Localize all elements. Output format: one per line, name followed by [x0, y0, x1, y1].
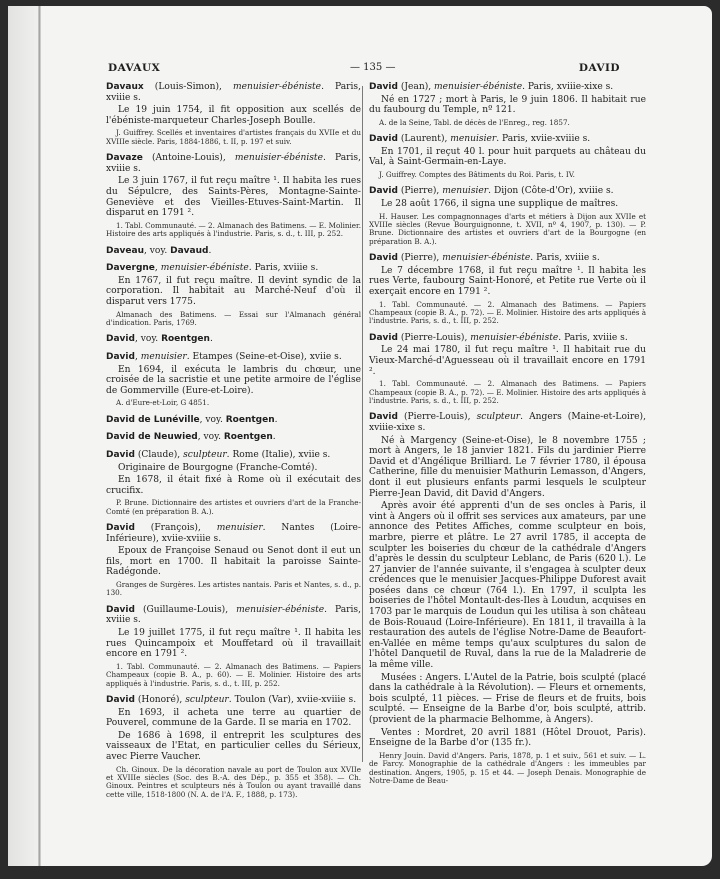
entry-qualifier: (Claude),: [135, 450, 183, 460]
entry-paragraph: Le 19 juin 1754, il fit opposition aux s…: [106, 105, 361, 126]
entry-paragraph: Né en 1727 ; mort à Paris, le 9 juin 180…: [369, 95, 646, 116]
dictionary-entry: David (Laurent), menuisier. Paris, xviie…: [369, 134, 646, 179]
cross-reference: Roentgen: [224, 432, 273, 442]
entry-name: David: [106, 334, 135, 344]
entry-heading: Daveau, voy. Davaud.: [106, 246, 361, 257]
entry-name: David: [369, 333, 398, 343]
entry-occupation: menuisier-ébéniste: [434, 82, 522, 92]
entry-qualifier: (Honoré),: [135, 695, 185, 705]
entry-place-century: .: [273, 432, 276, 442]
running-head: DAVAUX — 135 — DAVID: [108, 62, 620, 78]
scanned-page: DAVAUX — 135 — DAVID Davaux (Louis-Simon…: [8, 6, 712, 866]
entry-heading: David (Pierre), menuisier. Dijon (Côte-d…: [369, 186, 646, 197]
entry-source-note: P. Brune. Dictionnaire des artistes et o…: [106, 499, 361, 516]
entry-qualifier: (Guillaume-Louis),: [135, 605, 236, 615]
entry-paragraph: En 1693, il acheta une terre au quartier…: [106, 708, 361, 729]
entry-name: David: [369, 134, 398, 144]
entry-paragraph: En 1767, il fut reçu maître. Il devint s…: [106, 276, 361, 308]
entry-occupation: sculpteur: [183, 450, 227, 460]
right-column: David (Jean), menuisier-ébéniste. Paris,…: [369, 82, 646, 792]
entry-occupation: sculpteur: [477, 412, 521, 422]
entry-occupation: menuisier-ébéniste: [442, 253, 530, 263]
entry-paragraph: Originaire de Bourgogne (Franche-Comté).: [106, 463, 361, 474]
entry-qualifier: , voy.: [198, 432, 224, 442]
entry-heading: David de Lunéville, voy. Roentgen.: [106, 415, 361, 426]
dictionary-entry: David, menuisier. Etampes (Seine-et-Oise…: [106, 352, 361, 408]
entry-source-note: 1. Tabl. Communauté. — 2. Almanach des B…: [106, 222, 361, 239]
entry-source-note: A. de la Seine, Tabl. de décès de l'Enre…: [369, 119, 646, 127]
entry-name: David: [106, 523, 135, 533]
entry-occupation: menuisier: [141, 352, 187, 362]
entry-name: David: [106, 450, 135, 460]
entry-heading: David (Pierre), menuisier-ébéniste. Pari…: [369, 253, 646, 264]
cross-reference: Roentgen: [226, 415, 275, 425]
entry-heading: David (Pierre-Louis), menuisier-ébéniste…: [369, 333, 646, 344]
entry-qualifier: (Pierre-Louis),: [398, 333, 470, 343]
entry-name: Davergne: [106, 263, 155, 273]
entry-paragraph: Le 19 juillet 1775, il fut reçu maître ¹…: [106, 628, 361, 660]
entry-heading: Davergne, menuisier-ébéniste. Paris, xvi…: [106, 263, 361, 274]
entry-paragraph: Le 7 décembre 1768, il fut reçu maître ¹…: [369, 266, 646, 298]
entry-paragraph: En 1701, il reçut 40 l. pour huit parque…: [369, 147, 646, 168]
dictionary-entry: David (Guillaume-Louis), menuisier-ébéni…: [106, 605, 361, 688]
dictionary-entry: David (Pierre), menuisier. Dijon (Côte-d…: [369, 186, 646, 246]
entry-occupation: menuisier-ébéniste: [235, 153, 323, 163]
entry-name: David: [106, 695, 135, 705]
entry-source-note: Almanach des Batimens. — Essai sur l'Alm…: [106, 311, 361, 328]
entry-place-century: .: [275, 415, 278, 425]
entry-name: David: [369, 82, 398, 92]
entry-qualifier: (Laurent),: [398, 134, 450, 144]
entry-qualifier: (Antoine-Louis),: [143, 153, 235, 163]
entry-qualifier: , voy.: [200, 415, 226, 425]
dictionary-entry: Davaze (Antoine-Louis), menuisier-ébénis…: [106, 153, 361, 238]
entry-heading: David, voy. Roentgen.: [106, 334, 361, 345]
entry-paragraph: Après avoir été apprenti d'un de ses onc…: [369, 501, 646, 671]
entry-place-century: . Paris, xviie-xviiie s.: [496, 134, 590, 144]
dictionary-entry: David (François), menuisier. Nantes (Loi…: [106, 523, 361, 598]
entry-name: Davaze: [106, 153, 143, 163]
dictionary-entry: David (Pierre-Louis), menuisier-ébéniste…: [369, 333, 646, 406]
dictionary-entry: David de Neuwied, voy. Roentgen.: [106, 432, 361, 443]
entry-occupation: menuisier-ébéniste: [236, 605, 324, 615]
entry-heading: David (Laurent), menuisier. Paris, xviie…: [369, 134, 646, 145]
entry-qualifier: (Pierre),: [398, 253, 442, 263]
entry-source-note: J. Guiffrey. Comptes des Bâtiments du Ro…: [369, 171, 646, 179]
entry-heading: David, menuisier. Etampes (Seine-et-Oise…: [106, 352, 361, 363]
entry-heading: David (Claude), sculpteur. Rome (Italie)…: [106, 450, 361, 461]
entry-occupation: menuisier: [217, 523, 263, 533]
dictionary-entry: David, voy. Roentgen.: [106, 334, 361, 345]
entry-qualifier: (Jean),: [398, 82, 434, 92]
dictionary-entry: David (Honoré), sculpteur. Toulon (Var),…: [106, 695, 361, 799]
entry-paragraph: Epoux de Françoise Senaud ou Senot dont …: [106, 546, 361, 578]
entry-place-century: .: [208, 246, 211, 256]
entry-name: David: [369, 253, 398, 263]
dictionary-entry: David (Jean), menuisier-ébéniste. Paris,…: [369, 82, 646, 127]
left-column: Davaux (Louis-Simon), menuisier-ébéniste…: [106, 82, 361, 806]
entry-name: Davaux: [106, 82, 144, 92]
running-head-left: DAVAUX: [108, 62, 160, 74]
entry-qualifier: (François),: [135, 523, 217, 533]
entry-heading: Davaux (Louis-Simon), menuisier-ébéniste…: [106, 82, 361, 103]
entry-occupation: menuisier: [442, 186, 488, 196]
dictionary-entry: Davergne, menuisier-ébéniste. Paris, xvi…: [106, 263, 361, 327]
entry-source-note: A. d'Eure-et-Loir, G 4851.: [106, 399, 361, 407]
entry-source-note: Henry Jouin. David d'Angers. Paris, 1878…: [369, 752, 646, 786]
entry-place-century: . Rome (Italie), xviie s.: [227, 450, 331, 460]
entry-source-note: Ch. Ginoux. De la décoration navale au p…: [106, 766, 361, 800]
entry-paragraph: Musées : Angers. L'Autel de la Patrie, b…: [369, 673, 646, 726]
entry-paragraph: En 1678, il était fixé à Rome où il exéc…: [106, 475, 361, 496]
entry-place-century: . Paris, xviiie-xixe s.: [522, 82, 613, 92]
entry-paragraph: Le 24 mai 1780, il fut reçu maître ¹. Il…: [369, 345, 646, 377]
entry-name: David: [106, 352, 135, 362]
entry-source-note: 1. Tabl. Communauté. — 2. Almanach des B…: [369, 380, 646, 405]
entry-heading: David de Neuwied, voy. Roentgen.: [106, 432, 361, 443]
entry-paragraph: Le 3 juin 1767, il fut reçu maître ¹. Il…: [106, 176, 361, 218]
entry-place-century: . Dijon (Côte-d'Or), xviiie s.: [488, 186, 613, 196]
dictionary-entry: Davaux (Louis-Simon), menuisier-ébéniste…: [106, 82, 361, 146]
entry-occupation: menuisier-ébéniste: [233, 82, 321, 92]
entry-source-note: H. Hauser. Les compagnonnages d'arts et …: [369, 213, 646, 247]
entry-heading: David (Pierre-Louis), sculpteur. Angers …: [369, 412, 646, 433]
entry-occupation: menuisier: [450, 134, 496, 144]
dictionary-entry: David (Pierre-Louis), sculpteur. Angers …: [369, 412, 646, 785]
entry-heading: Davaze (Antoine-Louis), menuisier-ébénis…: [106, 153, 361, 174]
running-head-right: DAVID: [579, 62, 620, 74]
binding-shadow: [8, 6, 38, 866]
entry-occupation: sculpteur: [185, 695, 229, 705]
entry-place-century: . Toulon (Var), xviie-xviiie s.: [229, 695, 356, 705]
entry-place-century: . Paris, xviiie s.: [249, 263, 318, 273]
entry-paragraph: Né à Margency (Seine-et-Oise), le 8 nove…: [369, 436, 646, 500]
entry-source-note: 1. Tabl. Communauté. — 2. Almanach des B…: [106, 663, 361, 688]
entry-place-century: . Paris, xviiie s.: [530, 253, 599, 263]
entry-source-note: J. Guiffrey. Scellés et inventaires d'ar…: [106, 129, 361, 146]
entry-paragraph: De 1686 à 1698, il entreprit les sculptu…: [106, 731, 361, 763]
entry-place-century: . Paris, xviiie s.: [558, 333, 627, 343]
entry-name: David: [106, 605, 135, 615]
entry-paragraph: En 1694, il exécuta le lambris du chœur,…: [106, 365, 361, 397]
entry-name: David: [369, 186, 398, 196]
dictionary-entry: David de Lunéville, voy. Roentgen.: [106, 415, 361, 426]
entry-heading: David (François), menuisier. Nantes (Loi…: [106, 523, 361, 544]
entry-name: David de Lunéville: [106, 415, 200, 425]
entry-heading: David (Guillaume-Louis), menuisier-ébéni…: [106, 605, 361, 626]
entry-place-century: .: [210, 334, 213, 344]
entry-qualifier: , voy.: [144, 246, 170, 256]
entry-qualifier: (Louis-Simon),: [144, 82, 233, 92]
entry-name: David: [369, 412, 398, 422]
entry-paragraph: Ventes : Mordret, 20 avril 1881 (Hôtel D…: [369, 728, 646, 749]
dictionary-entry: Daveau, voy. Davaud.: [106, 246, 361, 257]
entry-paragraph: Le 28 août 1766, il signa une supplique …: [369, 199, 646, 210]
cross-reference: Roentgen: [161, 334, 210, 344]
entry-qualifier: (Pierre-Louis),: [398, 412, 477, 422]
dictionary-entry: David (Claude), sculpteur. Rome (Italie)…: [106, 450, 361, 516]
entry-occupation: menuisier-ébéniste: [161, 263, 249, 273]
entry-occupation: menuisier-ébéniste: [470, 333, 558, 343]
page-number: — 135 —: [350, 62, 395, 73]
entry-qualifier: , voy.: [135, 334, 161, 344]
entry-heading: David (Jean), menuisier-ébéniste. Paris,…: [369, 82, 646, 93]
entry-qualifier: (Pierre),: [398, 186, 442, 196]
entry-name: Daveau: [106, 246, 144, 256]
entry-source-note: 1. Tabl. Communauté. — 2. Almanach des B…: [369, 301, 646, 326]
page-binding: [38, 6, 41, 866]
cross-reference: Davaud: [170, 246, 208, 256]
dictionary-entry: David (Pierre), menuisier-ébéniste. Pari…: [369, 253, 646, 326]
column-rule: [362, 86, 363, 762]
entry-source-note: Granges de Surgères. Les artistes nantai…: [106, 581, 361, 598]
entry-place-century: . Etampes (Seine-et-Oise), xviie s.: [187, 352, 342, 362]
entry-name: David de Neuwied: [106, 432, 198, 442]
entry-heading: David (Honoré), sculpteur. Toulon (Var),…: [106, 695, 361, 706]
